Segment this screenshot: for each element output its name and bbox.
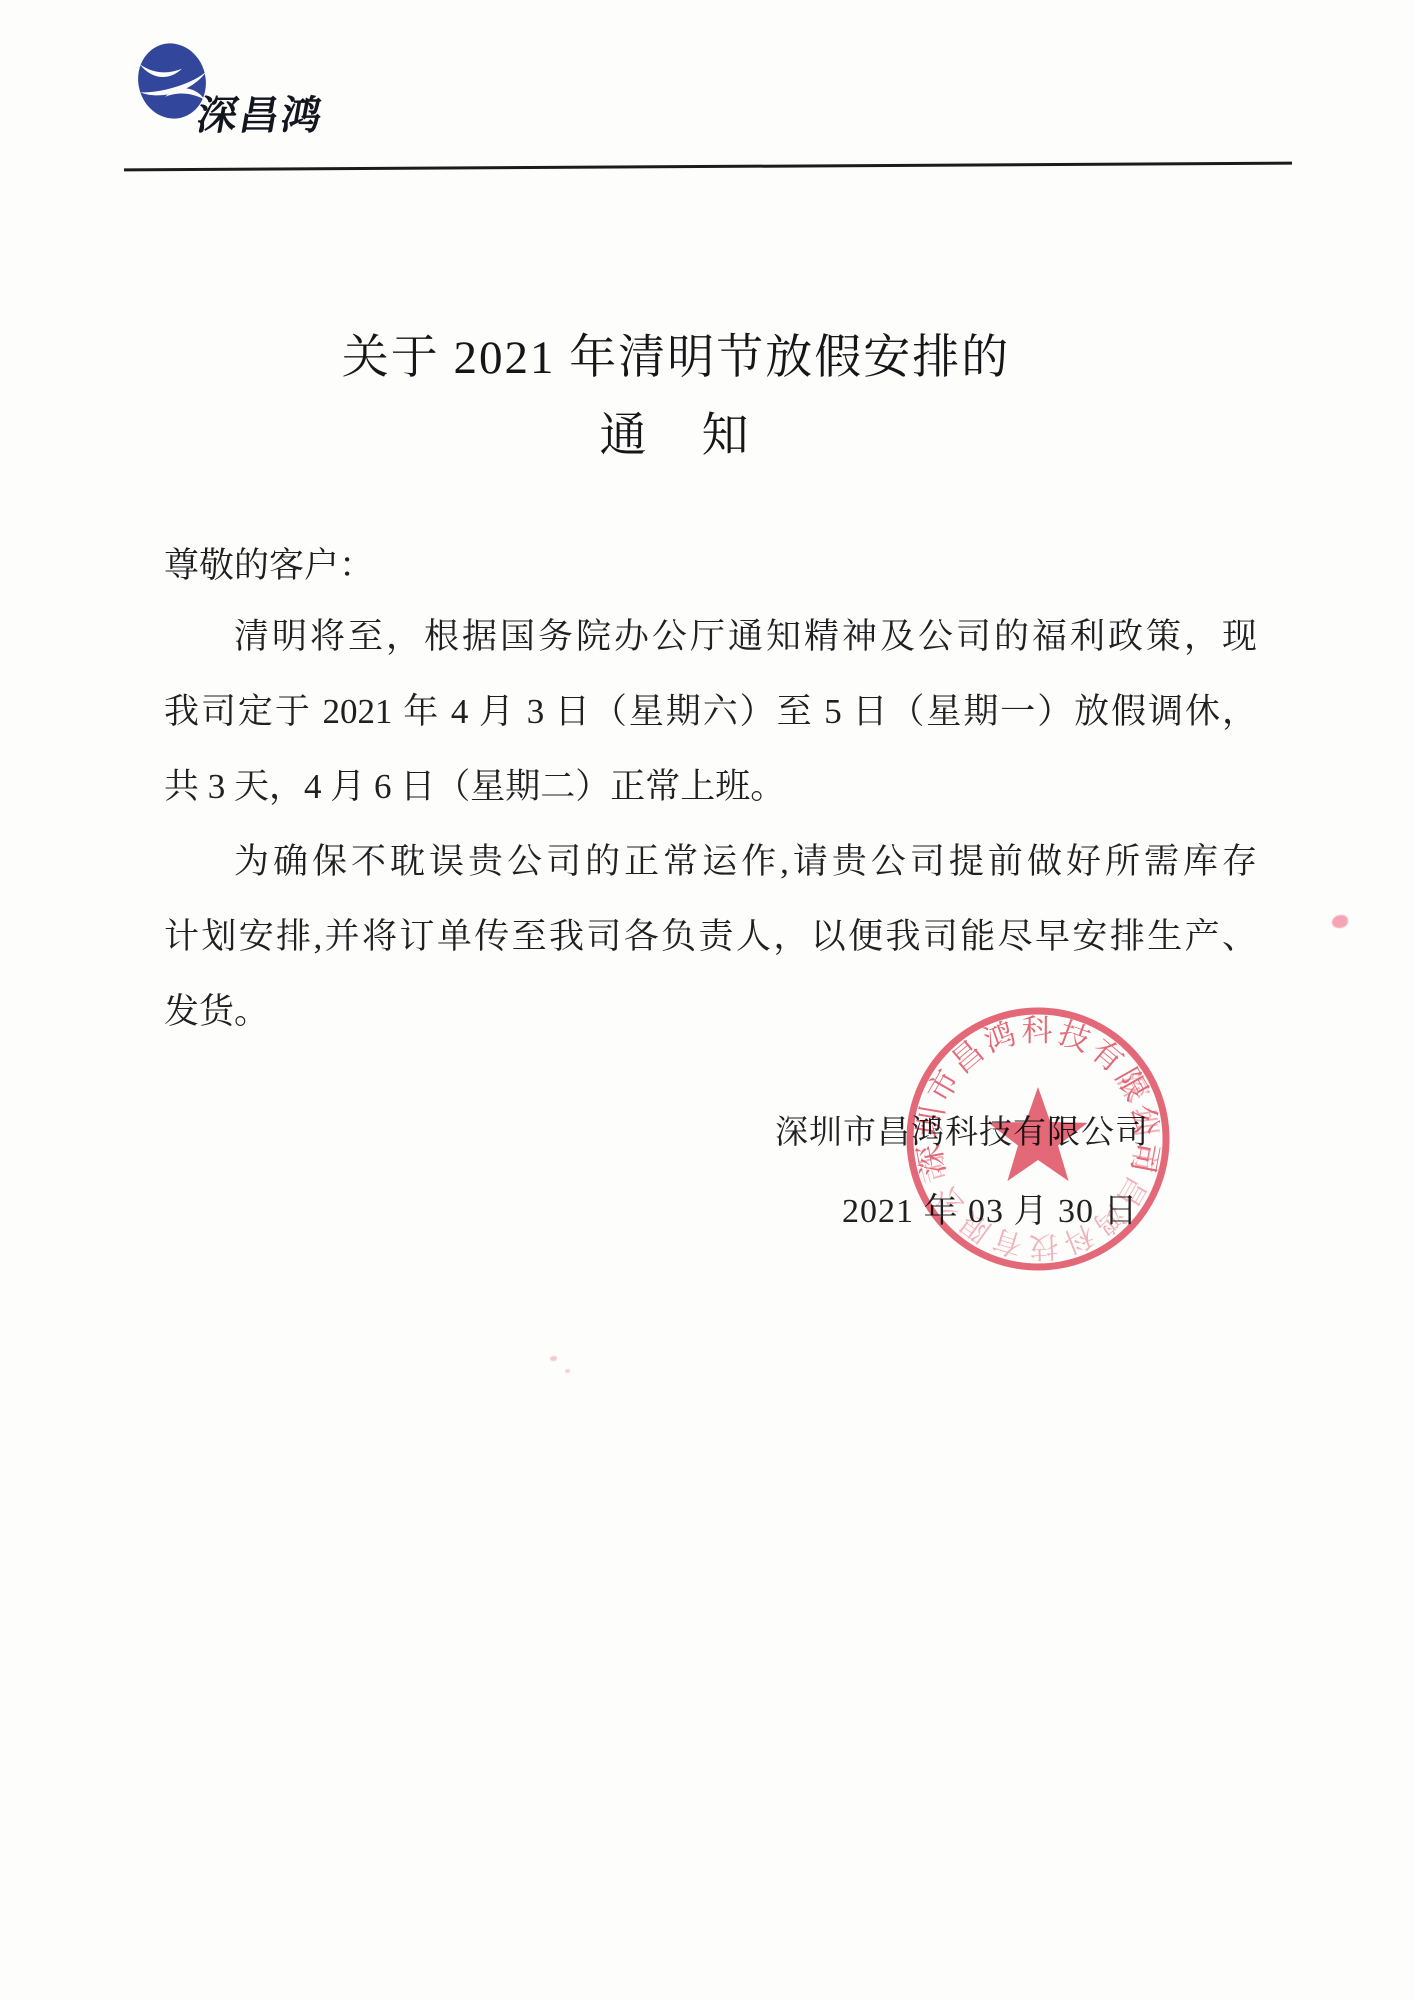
notice-title: 关于 2021 年清明节放假安排的	[146, 320, 1206, 387]
scan-artifact-red-speck	[550, 1356, 557, 1361]
body-line: 计划安排,并将订单传至我司各负责人，以便我司能尽早安排生产、	[164, 912, 1257, 964]
notice-subtitle: 通 知	[146, 398, 1206, 465]
body-line: 为确保不耽误贵公司的正常运作,请贵公司提前做好所需库存	[164, 837, 1257, 889]
body-line: 共 3 天，4 月 6 日（星期二）正常上班。	[164, 762, 1257, 814]
company-logo-brand-text: 深昌鸿	[193, 84, 329, 141]
company-seal-stamp: 深圳市昌鸿科技有限公司 深圳市昌鸿科技有限公司	[904, 1005, 1172, 1273]
scan-artifact-red-speck	[565, 1369, 570, 1373]
header-divider-line	[124, 162, 1292, 172]
scan-artifact-red-speck	[1332, 915, 1348, 928]
seal-star-icon	[989, 1087, 1088, 1181]
body-line: 我司定于 2021 年 4 月 3 日（星期六）至 5 日（星期一）放假调休，	[164, 687, 1257, 739]
scanned-notice-page: 深昌鸿 关于 2021 年清明节放假安排的 通 知 尊敬的客户： 清明将至，根据…	[0, 0, 1414, 2000]
body-line: 清明将至，根据国务院办公厅通知精神及公司的福利政策，现	[164, 612, 1257, 664]
greeting-line: 尊敬的客户：	[164, 538, 374, 588]
